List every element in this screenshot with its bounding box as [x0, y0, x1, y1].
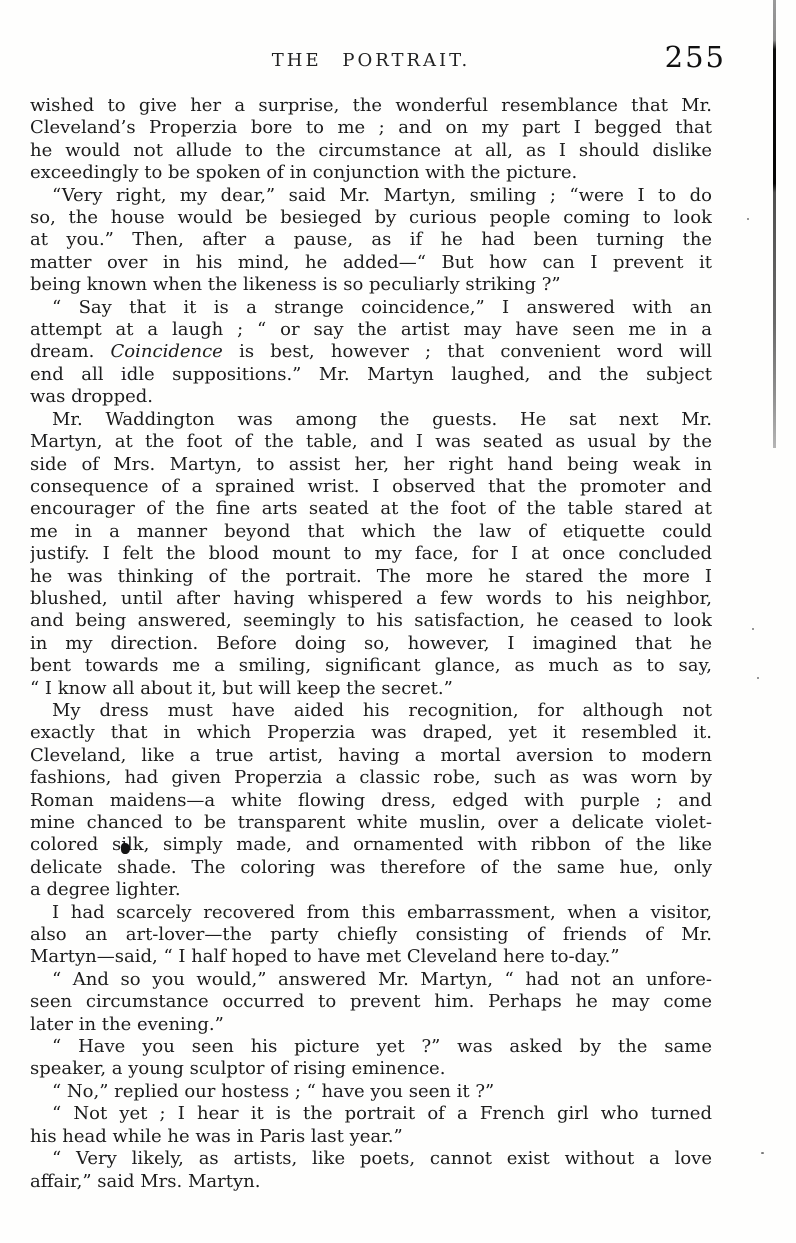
text-line: “ Very likely, as artists, like poets, c…	[30, 1148, 712, 1170]
text-line: fashions, had given Properzia a classic …	[30, 767, 712, 789]
text-line: “ And so you would,” answered Mr. Martyn…	[30, 969, 712, 991]
scan-edge-artifact	[773, 0, 776, 448]
text-line: Roman maidens—a white flowing dress, edg…	[30, 790, 712, 812]
text-line: mine chanced to be transparent white mus…	[30, 812, 712, 834]
ink-blot-artifact	[121, 843, 130, 854]
text-line: at you.” Then, after a pause, as if he h…	[30, 229, 712, 251]
text-line: Cleveland, like a true artist, having a …	[30, 745, 712, 767]
scan-speck	[761, 1152, 764, 1154]
scan-speck	[757, 677, 759, 679]
text-line: matter over in his mind, he added—“ But …	[30, 252, 712, 274]
text-line: seen circumstance occurred to prevent hi…	[30, 991, 712, 1013]
text-line: was dropped.	[30, 386, 712, 408]
text-line: exactly that in which Properzia was drap…	[30, 722, 712, 744]
text-line: colored silk, simply made, and ornamente…	[30, 834, 712, 856]
scan-speck	[747, 218, 749, 220]
text-line: Cleveland’s Properzia bore to me ; and o…	[30, 117, 712, 139]
text-line: blushed, until after having whispered a …	[30, 588, 712, 610]
text-line: dream. Coincidence is best, however ; th…	[30, 341, 712, 363]
text-line: end all idle suppositions.” Mr. Martyn l…	[30, 364, 712, 386]
text-line: “Very right, my dear,” said Mr. Martyn, …	[30, 185, 712, 207]
text-line: exceedingly to be spoken of in conjuncti…	[30, 162, 712, 184]
scan-speck	[752, 628, 754, 630]
text-line: a degree lighter.	[30, 879, 712, 901]
text-line: Mr. Waddington was among the guests. He …	[30, 409, 712, 431]
text-line: bent towards me a smiling, significant g…	[30, 655, 712, 677]
text-line: wished to give her a surprise, the wonde…	[30, 95, 712, 117]
text-line: later in the evening.”	[30, 1014, 712, 1036]
text-line: his head while he was in Paris last year…	[30, 1126, 712, 1148]
text-line: affair,” said Mrs. Martyn.	[30, 1171, 712, 1193]
text-line: in my direction. Before doing so, howeve…	[30, 633, 712, 655]
text-line: “ Not yet ; I hear it is the portrait of…	[30, 1103, 712, 1125]
text-line: speaker, a young sculptor of rising emin…	[30, 1058, 712, 1080]
text-line: me in a manner beyond that which the law…	[30, 521, 712, 543]
text-line: My dress must have aided his recognition…	[30, 700, 712, 722]
text-line: side of Mrs. Martyn, to assist her, her …	[30, 454, 712, 476]
text-line: “ No,” replied our hostess ; “ have you …	[30, 1081, 712, 1103]
book-page: THE PORTRAIT. 255 wished to give her a s…	[0, 0, 796, 1243]
text-line: being known when the likeness is so pecu…	[30, 274, 712, 296]
text-line: Martyn, at the foot of the table, and I …	[30, 431, 712, 453]
text-line: justify. I felt the blood mount to my fa…	[30, 543, 712, 565]
text-line: encourager of the fine arts seated at th…	[30, 498, 712, 520]
running-header-title: THE PORTRAIT.	[30, 50, 712, 71]
text-line: and being answered, seemingly to his sat…	[30, 610, 712, 632]
text-line: attempt at a laugh ; “ or say the artist…	[30, 319, 712, 341]
text-line: I had scarcely recovered from this embar…	[30, 902, 712, 924]
page-body: wished to give her a surprise, the wonde…	[30, 95, 712, 1193]
text-line: also an art-lover—the party chiefly cons…	[30, 924, 712, 946]
text-line: consequence of a sprained wrist. I obser…	[30, 476, 712, 498]
text-line: delicate shade. The coloring was therefo…	[30, 857, 712, 879]
text-line: so, the house would be besieged by curio…	[30, 207, 712, 229]
page-number: 255	[665, 40, 726, 74]
text-line: Martyn—said, “ I half hoped to have met …	[30, 946, 712, 968]
text-line: he was thinking of the portrait. The mor…	[30, 566, 712, 588]
text-line: he would not allude to the circumstance …	[30, 140, 712, 162]
text-line: “ Say that it is a strange coincidence,”…	[30, 297, 712, 319]
text-line: “ Have you seen his picture yet ?” was a…	[30, 1036, 712, 1058]
text-line: “ I know all about it, but will keep the…	[30, 678, 712, 700]
